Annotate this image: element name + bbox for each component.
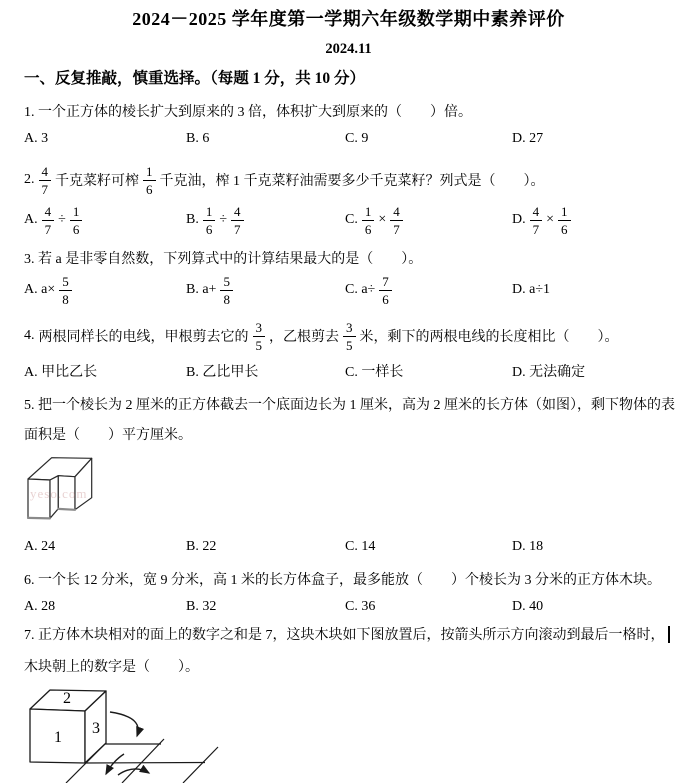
fraction: 16 — [70, 205, 83, 236]
question-2-options: A. 47 ÷ 16 B. 16 ÷ 47 C. 16 × 47 D. 47 ×… — [24, 200, 697, 240]
option-2c: C. 16 × 47 — [345, 200, 403, 240]
cube-front-label: 1 — [54, 729, 62, 746]
fraction: 16 — [203, 205, 216, 236]
tile-grid-line — [85, 763, 205, 764]
question-3-text: 3. 若 a 是非零自然数，下列算式中的计算结果最大的是（ ）。 — [24, 248, 422, 268]
fraction: 47 — [42, 205, 55, 236]
shaded-bottom-edge — [28, 518, 50, 519]
option-4c: C. 一样长 — [345, 361, 403, 381]
option-2b: B. 16 ÷ 47 — [186, 200, 244, 240]
option-1c: C. 9 — [345, 131, 368, 147]
fraction: 35 — [343, 321, 356, 352]
option-3b: B. a+ 58 — [186, 270, 233, 310]
fraction: 47 — [390, 205, 403, 236]
question-4-part2: 米，剩下的两根电线的长度相比（ ）。 — [360, 326, 619, 346]
question-5-text-line1: 5. 把一个棱长为 2 厘米的正方体截去一个底面边长为 1 厘米，高为 2 厘米… — [24, 394, 675, 414]
page-title: 2024－2025 学年度第一学期六年级数学期中素养评价 — [0, 5, 697, 31]
option-5a: A. 24 — [24, 539, 55, 555]
option-1b: B. 6 — [186, 131, 209, 147]
option-4b: B. 乙比甲长 — [186, 361, 258, 381]
question-4-part1: ，乙根剪去 — [269, 326, 339, 346]
roll-arrow-1 — [110, 712, 138, 736]
question-7-text-line1: 7. 正方体木块相对的面上的数字之和是 7，这块木块如下图放置后，按箭头所示方向… — [24, 624, 670, 644]
question-6-text: 6. 一个长 12 分米，宽 9 分米，高 1 米的长方体盒子，最多能放（ ）个… — [24, 569, 661, 589]
fraction: 47 — [39, 165, 52, 196]
fraction: 47 — [231, 205, 244, 236]
option-3a: A. a× 58 — [24, 270, 72, 310]
dice-roll-figure: 2 1 3 — [20, 684, 230, 783]
shaded-bottom-edge — [58, 509, 75, 510]
question-2-part2: 千克油，榨 1 千克菜籽油需要多少千克菜籽？列式是（ ）。 — [160, 170, 545, 190]
question-2-text: 2. 47 千克菜籽可榨 16 千克油，榨 1 千克菜籽油需要多少千克菜籽？列式… — [24, 160, 545, 200]
option-6b: B. 32 — [186, 599, 216, 615]
question-5-text-line2: 面积是（ ）平方厘米。 — [24, 424, 192, 444]
question-4-part0: 两根同样长的电线，甲根剪去它的 — [39, 326, 249, 346]
option-2d: D. 47 × 16 — [512, 200, 571, 240]
option-6c: C. 36 — [345, 599, 375, 615]
fraction: 16 — [143, 165, 156, 196]
option-6d: D. 40 — [512, 599, 543, 615]
option-4d: D. 无法确定 — [512, 361, 585, 381]
section-heading: 一、反复推敲，慎重选择。（每题 1 分，共 10 分） — [24, 66, 365, 88]
question-7-text-line2: 木块朝上的数字是（ ）。 — [24, 656, 199, 676]
exam-page: 2024－2025 学年度第一学期六年级数学期中素养评价 2024.11 一、反… — [0, 0, 697, 783]
question-4-number: 4. — [24, 328, 35, 344]
question-2-part1: 千克菜籽可榨 — [55, 170, 139, 190]
option-3d: D. a÷1 — [512, 270, 550, 310]
exam-date: 2024.11 — [0, 41, 697, 58]
question-3-options: A. a× 58 B. a+ 58 C. a÷ 76 D. a÷1 — [24, 270, 697, 310]
cube-right-label: 3 — [92, 720, 100, 737]
fraction: 76 — [379, 275, 392, 306]
fraction: 35 — [253, 321, 266, 352]
fraction: 16 — [362, 205, 375, 236]
fraction: 47 — [530, 205, 543, 236]
option-2a: A. 47 ÷ 16 — [24, 200, 82, 240]
option-1a: A. 3 — [24, 131, 48, 147]
option-5d: D. 18 — [512, 539, 543, 555]
question-2-number: 2. — [24, 172, 35, 188]
site-watermark: yeso.com — [30, 486, 87, 502]
tile-grid-line — [183, 747, 218, 783]
roll-arrow-3 — [118, 769, 149, 775]
tile-grid-line — [122, 739, 164, 783]
question-7-line1-text: 7. 正方体木块相对的面上的数字之和是 7，这块木块如下图放置后，按箭头所示方向… — [24, 628, 665, 643]
question-1-text: 1. 一个正方体的棱长扩大到原来的 3 倍，体积扩大到原来的（ ）倍。 — [24, 101, 472, 121]
fraction: 16 — [558, 205, 571, 236]
question-4-text: 4. 两根同样长的电线，甲根剪去它的 35 ，乙根剪去 35 米，剩下的两根电线… — [24, 316, 619, 356]
option-3c: C. a÷ 76 — [345, 270, 392, 310]
option-4a: A. 甲比乙长 — [24, 361, 97, 381]
option-5c: C. 14 — [345, 539, 375, 555]
fraction: 58 — [220, 275, 233, 306]
option-6a: A. 28 — [24, 599, 55, 615]
cube-top-label: 2 — [63, 690, 71, 707]
option-1d: D. 27 — [512, 131, 543, 147]
roll-arrow-2 — [106, 754, 124, 774]
fraction: 58 — [59, 275, 72, 306]
text-cursor — [668, 626, 671, 643]
option-5b: B. 22 — [186, 539, 216, 555]
